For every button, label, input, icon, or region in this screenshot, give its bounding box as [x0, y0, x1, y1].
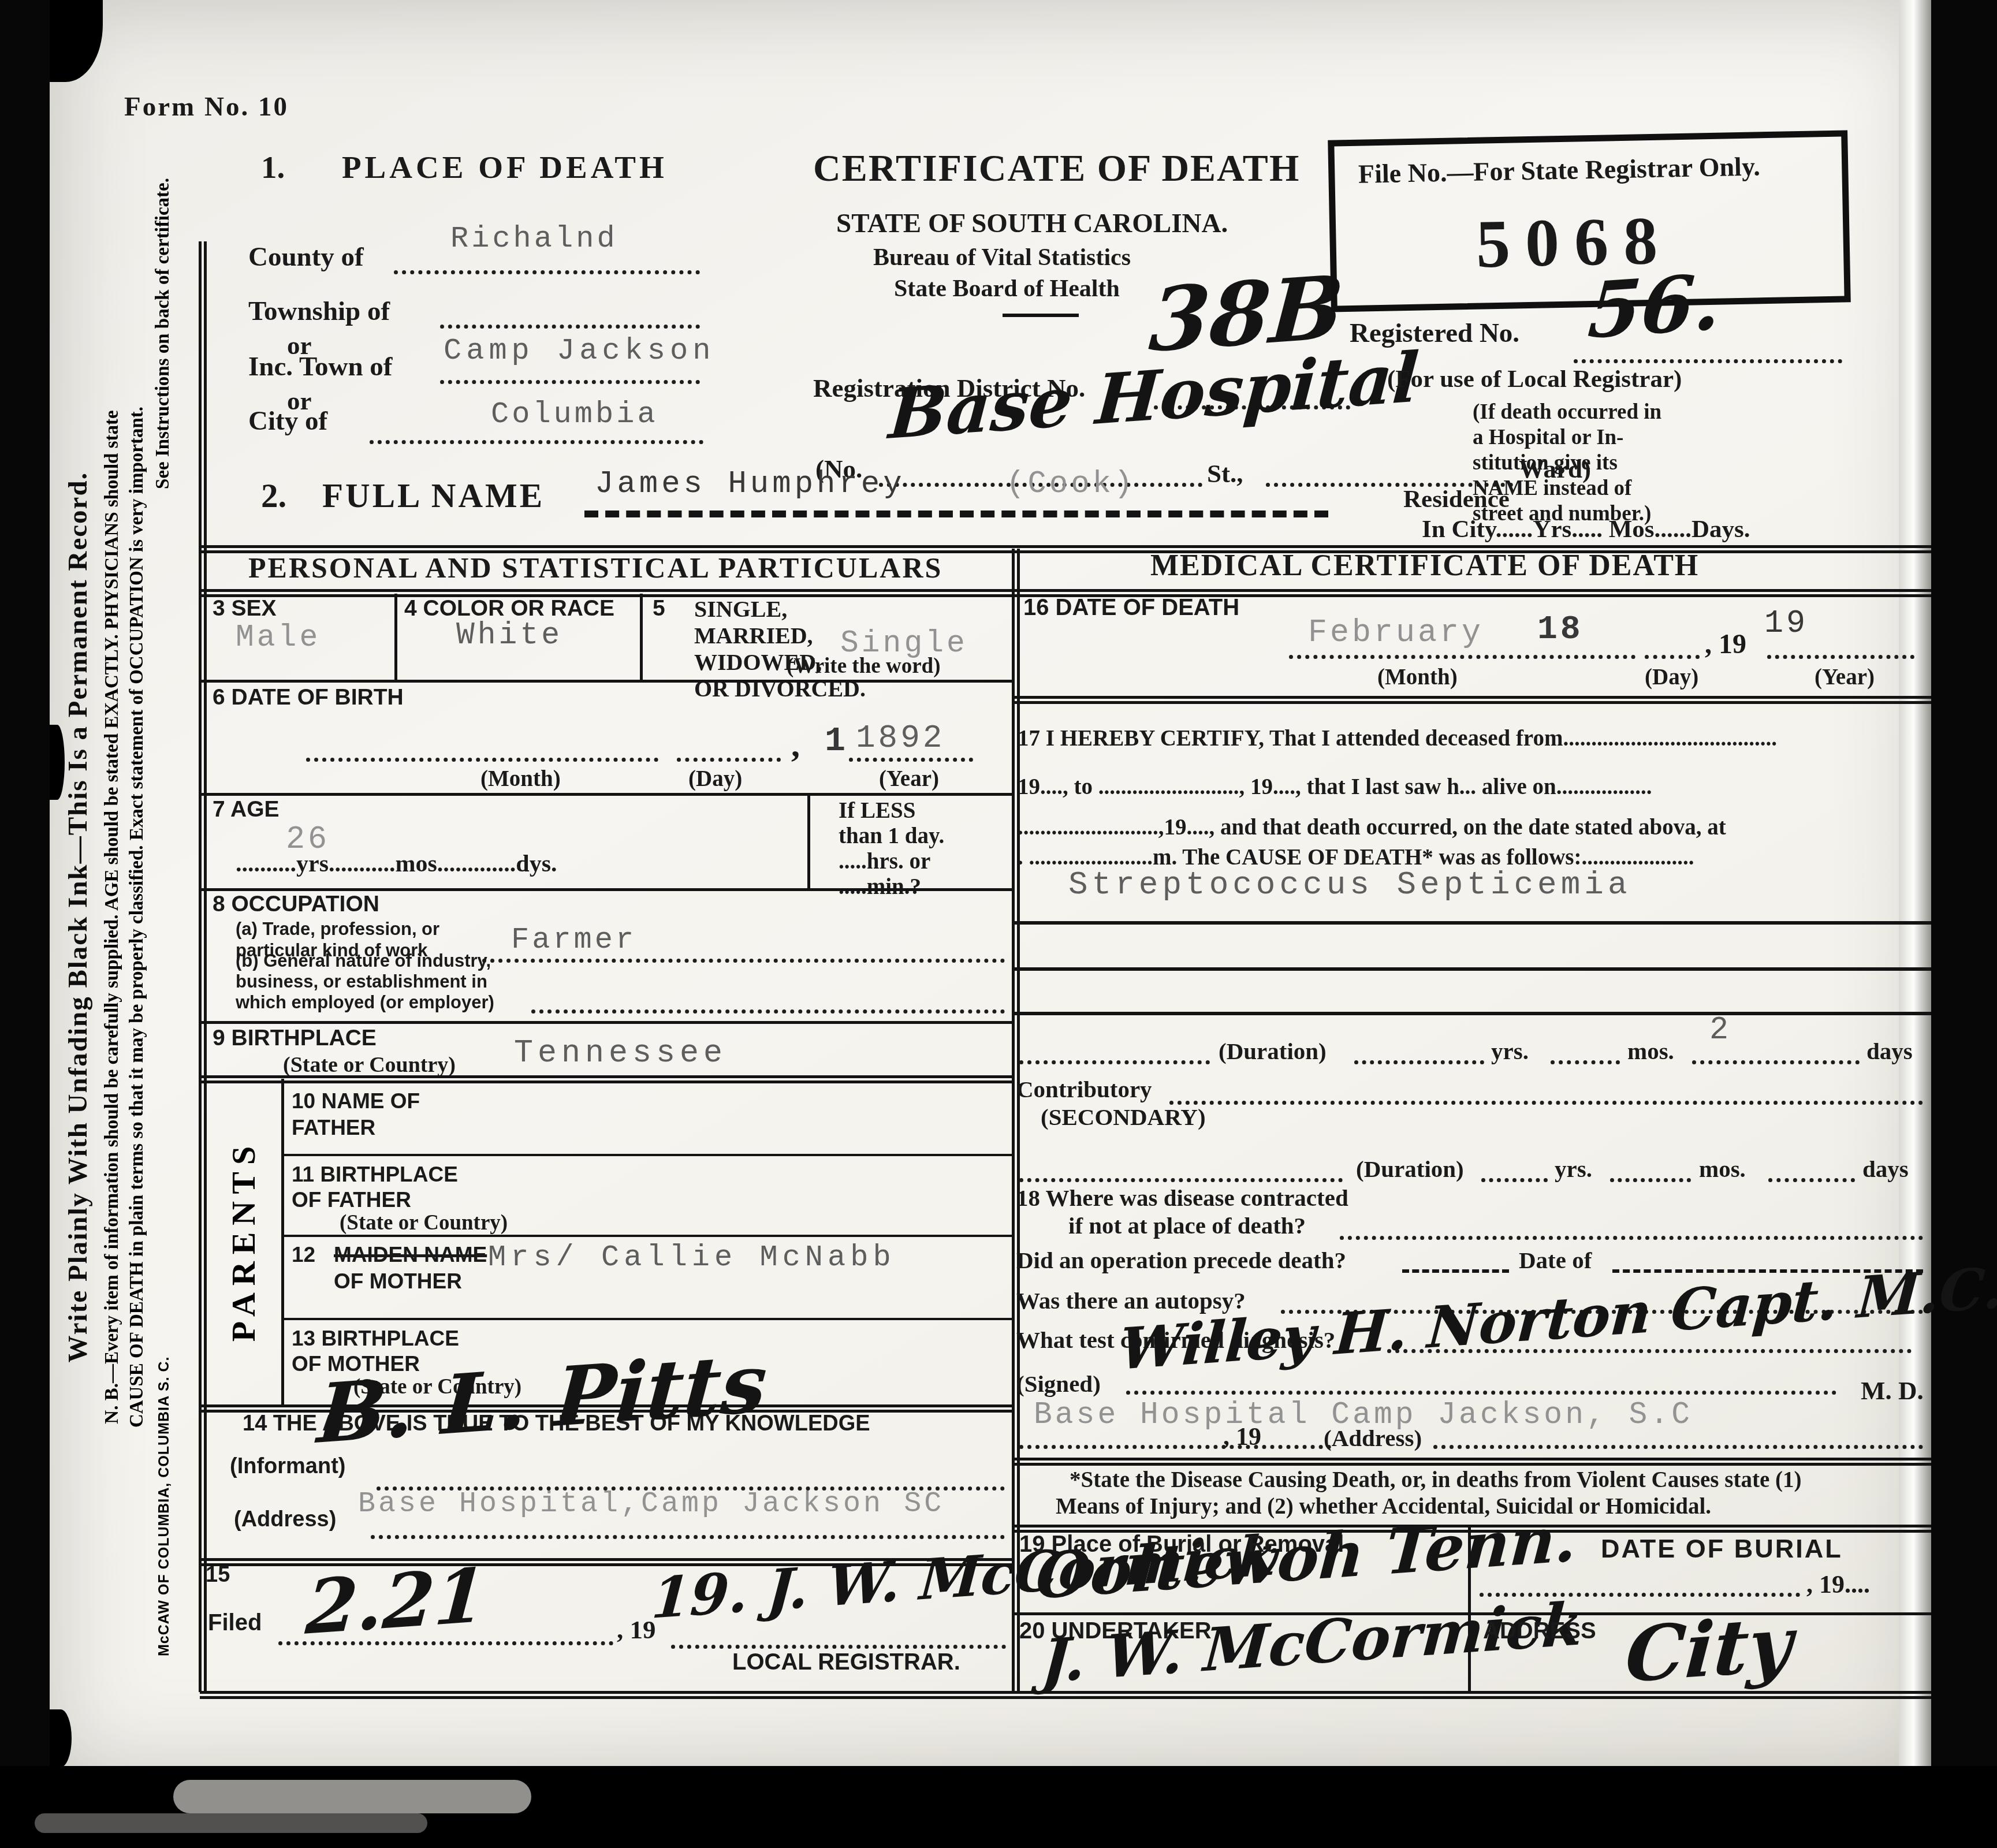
margin-instructions: Write Plainly With Unfading Black Ink—Th…: [62, 74, 174, 1760]
dotted-leader: [1481, 1178, 1548, 1182]
township-label: Township of: [248, 296, 390, 327]
operation-question: Did an operation precede death?: [1016, 1246, 1346, 1274]
age-label: 7 AGE: [213, 797, 280, 822]
mother-name-number: 12: [292, 1243, 315, 1267]
dotted-leader: [1551, 1060, 1620, 1064]
certify-line-3: .........................,19...., and th…: [1018, 814, 1726, 840]
paper-right-edge: [1899, 0, 1931, 1768]
parents-vertical-label: PARENTS: [224, 1079, 263, 1402]
dotted-leader: [671, 1645, 1006, 1649]
dotted-leader: [278, 1641, 613, 1645]
filed-row-number: 15: [206, 1563, 230, 1588]
board-line: State Board of Health: [894, 275, 1120, 303]
certify-line-2: 19...., to ........................., 19…: [1018, 774, 1652, 800]
rule: [1014, 1458, 1931, 1466]
birthplace-value: Tennessee: [514, 1035, 727, 1071]
rule: [281, 1079, 284, 1404]
certificate-title: CERTIFICATE OF DEATH: [813, 147, 1300, 191]
duration-mos-value: 2: [1709, 1012, 1731, 1048]
certify-line-1: 17 I HEREBY CERTIFY, That I attended dec…: [1018, 725, 1777, 751]
dod-month-caption: (Month): [1377, 664, 1458, 690]
signed-label: (Signed): [1016, 1370, 1101, 1398]
burial-year-preprint: , 19....: [1806, 1570, 1870, 1599]
occupation-label: 8 OCCUPATION: [213, 892, 379, 917]
operation-date-label: Date of: [1519, 1246, 1592, 1274]
occupation-a-value: Farmer: [511, 923, 636, 957]
rule: [200, 1075, 1012, 1083]
disease-contracted-line2: if not at place of death?: [1068, 1212, 1306, 1239]
father-name-label: 10 NAME OF FATHER: [292, 1088, 420, 1141]
dotted-leader: [1645, 655, 1700, 659]
dotted-leader: [1126, 1391, 1836, 1395]
dotted-leader: [306, 758, 658, 762]
duration-mos-label: mos.: [1627, 1037, 1674, 1065]
full-name-value: James Humphrey: [595, 467, 906, 502]
dotted-leader: [1289, 655, 1635, 659]
city-value: Columbia: [491, 397, 658, 431]
residence-line: In City......Yrs..... Mos......Days.: [1422, 515, 1750, 543]
county-label: County of: [248, 241, 364, 273]
scan-bottom-smudge: [173, 1780, 531, 1813]
dotted-leader: [677, 758, 781, 762]
medical-section-title: MEDICAL CERTIFICATE OF DEATH: [1150, 549, 1699, 583]
marital-number: 5: [653, 596, 665, 621]
scanned-death-certificate: Write Plainly With Unfading Black Ink—Th…: [0, 0, 1997, 1848]
dob-comma: ,: [791, 725, 800, 765]
dotted-leader: [1019, 1060, 1210, 1064]
street-label: St.,: [1207, 459, 1243, 489]
place-of-death-title: PLACE OF DEATH: [342, 149, 668, 185]
informant-address-value: Base Hospital,Camp Jackson SC: [358, 1488, 944, 1521]
city-label: City of: [248, 405, 327, 437]
undertaker-address-label: ADDRESS: [1483, 1618, 1596, 1644]
birthplace-label: 9 BIRTHPLACE: [213, 1026, 377, 1051]
date-of-death-year: 19: [1764, 605, 1808, 642]
dashed-leader: [584, 511, 1328, 517]
rule: [807, 796, 810, 888]
father-birthplace-label: 11 BIRTHPLACE OF FATHER: [292, 1162, 458, 1213]
md-label: M. D.: [1861, 1376, 1924, 1406]
duration2-label: (Duration): [1356, 1155, 1464, 1183]
dotted-leader: [1768, 1178, 1855, 1182]
local-registrar-label: LOCAL REGISTRAR.: [732, 1649, 960, 1675]
margin-bold-notice: Write Plainly With Unfading Black Ink—Th…: [62, 74, 94, 1760]
dotted-leader: [370, 440, 703, 444]
form-left-border: [199, 241, 207, 1692]
column-divider: [1012, 549, 1020, 1691]
inc-town-label: Inc. Town of: [248, 351, 392, 382]
full-name-number: 2.: [261, 476, 286, 516]
rule: [200, 793, 1012, 796]
dotted-leader: [1019, 1445, 1331, 1449]
rule: [1014, 967, 1931, 971]
dashed-leader: [1402, 1269, 1509, 1273]
residence-label: Residence: [1403, 485, 1510, 513]
inc-town-value: Camp Jackson: [444, 334, 715, 368]
dotted-leader: [394, 270, 700, 274]
duration2-days-label: days: [1862, 1155, 1909, 1183]
rule: [1014, 1012, 1931, 1015]
footnote-line2: Means of Injury; and (2) whether Acciden…: [1056, 1493, 1711, 1519]
date-of-death-day: 18: [1537, 611, 1584, 649]
year-caption: (Year): [879, 766, 939, 792]
dob-year-value: 1892: [856, 720, 945, 757]
margin-nb-line1: N. B.—Every item of information should b…: [102, 74, 123, 1760]
dotted-leader: [371, 1535, 1005, 1539]
color-race-value: White: [456, 618, 562, 653]
dotted-leader: [1354, 1060, 1484, 1064]
sex-value: Male: [236, 620, 321, 655]
duration-days-label: days: [1866, 1037, 1913, 1065]
day-caption: (Day): [688, 766, 742, 792]
rule: [284, 1154, 1012, 1156]
dod-day-caption: (Day): [1645, 664, 1698, 690]
scan-bottom-smudge: [35, 1813, 427, 1833]
dotted-leader: [1019, 1178, 1343, 1182]
informant-label: (Informant): [230, 1454, 346, 1479]
personal-section-title: PERSONAL AND STATISTICAL PARTICULARS: [248, 551, 942, 584]
occupation-b-label: (b) General nature of industry, business…: [236, 951, 494, 1013]
rule: [640, 594, 643, 680]
dod-year-caption: (Year): [1815, 664, 1875, 690]
write-word-hint: (Write the word): [787, 654, 940, 679]
dotted-leader: [1574, 359, 1842, 363]
margin-printer: McCAW OF COLUMBIA, COLUMBIA S. C.: [156, 1356, 173, 1656]
dotted-leader: [531, 1009, 1005, 1014]
margin-nb-line2: CAUSE OF DEATH in plain terms so that it…: [126, 74, 148, 1760]
mother-name-label: OF MOTHER: [334, 1269, 462, 1294]
father-birthplace-sub: (State or Country): [340, 1210, 508, 1235]
dotted-leader: [1692, 1060, 1860, 1064]
dotted-leader: [482, 959, 1005, 963]
if-less-note: If LESS than 1 day. .....hrs. or .....mi…: [839, 798, 944, 900]
duration2-mos-label: mos.: [1699, 1155, 1746, 1183]
parents-label-text: PARENTS: [225, 1139, 262, 1342]
registered-no-label: Registered No.: [1350, 318, 1519, 349]
dotted-leader: [440, 325, 700, 329]
undertaker-address-value: City: [1623, 1599, 1795, 1700]
birthplace-sub-label: (State or Country): [283, 1052, 456, 1078]
dotted-leader: [1610, 1178, 1691, 1182]
dotted-leader: [1767, 655, 1914, 659]
rule: [284, 1235, 1012, 1237]
dod-year-preprint: , 19: [1705, 628, 1746, 660]
county-value: Richalnd: [450, 222, 618, 256]
dotted-leader: [849, 758, 973, 762]
dotted-leader: [1433, 1445, 1923, 1449]
registered-no-value: 56.: [1585, 257, 1724, 356]
full-name-suffix: (Cook): [1006, 467, 1135, 502]
for-use-note: (For use of Local Registrar): [1387, 365, 1682, 393]
filed-date-value: 2.21: [303, 1552, 489, 1652]
mother-maiden-label: MAIDEN NAME: [334, 1243, 487, 1267]
duration-label: (Duration): [1219, 1037, 1327, 1065]
duration2-yrs-label: yrs.: [1555, 1155, 1592, 1183]
bureau-line: Bureau of Vital Statistics: [873, 244, 1131, 271]
full-name-label: FULL NAME: [322, 476, 545, 516]
rule: [200, 680, 1012, 683]
mother-name-value: Mrs/ Callie McNabb: [488, 1240, 896, 1275]
margin-see-note: See Instructions on back of certificate.: [152, 178, 174, 489]
contributory-label: Contributory: [1016, 1075, 1152, 1103]
date-of-birth-label: 6 DATE OF BIRTH: [213, 685, 404, 710]
dotted-leader: [1340, 1236, 1923, 1240]
age-units-line: ..........yrs...........mos.............…: [236, 850, 557, 878]
sex-label: 3 SEX: [213, 596, 277, 621]
duration-yrs-label: yrs.: [1491, 1037, 1529, 1065]
rule: [1003, 314, 1079, 317]
date-of-death-label: 16 DATE OF DEATH: [1023, 595, 1239, 621]
form-number: Form No. 10: [124, 91, 289, 122]
rule: [200, 888, 1012, 891]
rule: [394, 594, 397, 680]
rule: [284, 1318, 1012, 1320]
informant-address-label: (Address): [234, 1507, 336, 1532]
filed-label: Filed: [208, 1610, 262, 1636]
rule: [200, 1021, 1012, 1024]
burial-date-label: DATE OF BURIAL: [1601, 1534, 1843, 1564]
date-of-death-month: February: [1308, 614, 1484, 651]
physician-address-label: (Address): [1324, 1424, 1422, 1452]
dob-day-value: 1: [825, 722, 848, 761]
cause-of-death-value: Streptococcus Septicemia: [1068, 866, 1631, 903]
rule: [1014, 921, 1931, 925]
secondary-label: (SECONDARY): [1041, 1103, 1206, 1131]
place-of-death-number: 1.: [261, 149, 285, 185]
state-line: STATE OF SOUTH CAROLINA.: [836, 208, 1228, 239]
disease-contracted-line1: 18 Where was disease contracted: [1016, 1184, 1348, 1212]
month-caption: (Month): [480, 766, 561, 792]
footnote-line1: *State the Disease Causing Death, or, in…: [1070, 1467, 1801, 1493]
dotted-leader: [440, 380, 700, 384]
dotted-leader: [1169, 1101, 1923, 1105]
rule: [1014, 696, 1931, 704]
